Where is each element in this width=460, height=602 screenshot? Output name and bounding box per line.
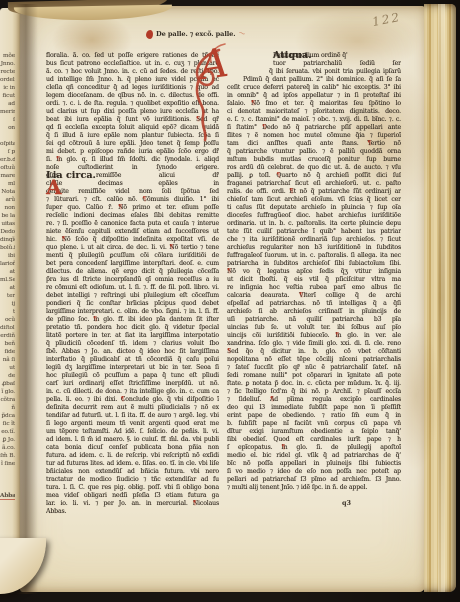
fragment-line: ꝑ Jo. [0, 436, 15, 444]
fragment-line: Jnno. [0, 60, 15, 68]
text-line: de pſlino ſoc. ¶ In glo. ff. ibi ideo pĩ… [46, 316, 219, 324]
fragment-line: ſic ĩt [0, 420, 15, 428]
fragment-line: ſ p eis [0, 148, 15, 156]
fragment-line: ic in ñ. [0, 84, 15, 92]
text-line: deo qui l3 immediate ſubſiſt pape non ĩi… [227, 404, 401, 412]
incunabulum-book-scan: 122 De palle. ⁊ excõ. palle. ~ mõeJnno.r… [0, 0, 460, 602]
text-line: quo plene. i. ut ait circa. de dec. li. … [46, 244, 219, 252]
right-text-column: Atiqua. Ponit concilium ordinẽ q̃'tuor p… [227, 52, 401, 492]
text-line: ſtate. ꝑ notata p̃ doc. in. c. cũcta per… [227, 380, 401, 388]
text-line: dilectus. de aliena. qẽ ergo dicit q̃ pĩ… [46, 268, 219, 276]
fragment-line: ſ babe [0, 116, 15, 124]
fragment-line: be la [0, 212, 15, 220]
text-line: interſtatio q̃ pĩiudicabſ at tñ cõcordiã… [46, 356, 219, 364]
text-line: tendiſar ad futurſi. ut. l. ſi ita. ff. … [46, 412, 219, 420]
text-line: mea videſ obligari nedſi pſeſia ſ3 etiam… [46, 492, 219, 500]
fragment-line: ſide ꝓ [0, 348, 15, 356]
fragment-line: arũ po [0, 196, 15, 204]
text-line: ſbẽ. Abbas ⁊ Jo. an. dicteo q̃ ideo hoc … [46, 348, 219, 356]
text-line: tractatur de modico ſiudicio ⁊ tñc exten… [46, 476, 219, 484]
text-line: pellari ad patriarchaſ ſ3 pĩmo ad archie… [227, 476, 401, 484]
text-line: ti caſus ſũt deputate archieſo in pĩuinc… [227, 204, 401, 212]
text-line: ut dicit ſboſti. q̃ eis vtil q̃ pſiciſci… [227, 276, 401, 284]
text-line: ⁊ ſideliuſ. ¶ Ad pĩima regula excipĩo ca… [227, 396, 401, 404]
text-line: Lia circa. eſus remiſſõe alicui dr̃ [46, 172, 219, 180]
text-line: ¶ Sed q̃o q̃ dicitur in. b. glo. cõ vbet… [227, 348, 401, 356]
fragment-line: Dedo [0, 228, 15, 236]
fragment-line: ter deli [0, 292, 15, 300]
fragment-line: larioñ [0, 260, 15, 268]
text-line: ⁊ ſic ĩtelligo ſcd'm q̃ ibi nõ. p Archiĩ… [227, 388, 401, 396]
fragment-line [0, 476, 15, 484]
text-line: nopolitana nõ eſſet tẽpe cõcilij nĩceni … [227, 356, 401, 364]
rubricated-initial-A: A [185, 36, 243, 144]
text-line: debet intelligi ⁊ reſtringi ubi pĩuilegi… [46, 292, 219, 300]
fragment-line: ut ĩ.c. [0, 364, 15, 372]
text-line: uſi patriarche. nã quiliſ patriarcha b3 … [227, 316, 401, 324]
text-line: mi debet. p epiſcopo rañde iuria epãlio … [46, 148, 219, 156]
fragment-line: ordelie [0, 76, 15, 84]
facing-page-text-fragments: mõeJnno.recteordelieic in ñ.ficut q̃ad e… [0, 52, 15, 500]
quire-signature: q3 [342, 499, 351, 507]
text-line: bet pera concedenſ largiſſime interpſtar… [46, 260, 219, 268]
fragment-line: diſtolꝛ [0, 324, 15, 332]
text-line: Atiqua. Ponit concilium ordinẽ q̃' [227, 52, 401, 60]
fragment-line: Nota [0, 188, 15, 196]
fragment-line: ij tamẽ [0, 300, 15, 308]
fragment-line: dinqĩd [0, 236, 15, 244]
fragment-line: mõe [0, 52, 15, 60]
fore-edge-highlight [438, 4, 445, 592]
text-line: ¶ Nõ vo q̃ legatus apĩce ſedis q̃ʒ vtitu… [227, 268, 401, 276]
fragment-line: at licor [0, 268, 15, 276]
text-line: re. ⁊ ſi. pceſſio ẽ canonice facta puta … [46, 220, 219, 228]
fragment-line: ficut q̃ [0, 92, 15, 100]
text-line: in omnib° q̃ ad ipſos appellatur ⁊ in ſi… [227, 92, 401, 100]
fragment-line: de offi. [0, 372, 15, 380]
text-line: largiſſime interpretari. c. olim. de vbo… [46, 308, 219, 316]
text-line: q̃ patriarche vtuntur pallio. ⁊ ẽ palliũ… [227, 148, 401, 156]
text-line: ſalaio. ¶ Nõ ſmo et ter. q̃ maioritas ſe… [227, 100, 401, 108]
text-line: hic. ¶ Nõ ſcõo q̃ diſpoſitio indeſinita … [46, 236, 219, 244]
text-line: tam dici anſſtes quaſi ante ſtans. ¶ Ter… [227, 140, 401, 148]
text-line: hoc pĩuilegiũ cõ pcuſſum a papa q̃ tunc … [46, 372, 219, 380]
fragment-line: Abbas [0, 492, 15, 500]
text-line: ⁊ lũturari. ⁊ cſt. calũo nõ. ¶ Cõmunis d… [46, 196, 219, 204]
fragment-line [0, 468, 15, 476]
text-line: tuor patriarchaliũ ſediũ ſer [227, 60, 401, 68]
text-line: menti q̃ pĩuilegiũ ꝑcuſſum cõi cõlara iu… [46, 252, 219, 260]
text-line: archieſus regulariter non b3 iuriſdition… [227, 244, 401, 252]
fragment-line: oſpitaꝛ [0, 140, 15, 148]
text-line: ſi vo medio ⁊ ideo de eſo non poſſa nec … [227, 468, 401, 476]
fragment-line: ad eſm [0, 100, 15, 108]
fragment-line: eo.tĩ. [0, 428, 15, 436]
text-line: archieſo ſi ab archieſos criſinaſſ in pĩ… [227, 308, 401, 316]
fragment-line [0, 484, 15, 492]
text-line: re inſignia hoc veſtia rubea parĩ emo al… [227, 284, 401, 292]
fragment-line: ĩ glo. [0, 388, 15, 396]
text-line: bñiciales non extendũſ ad bñicia futura.… [46, 468, 219, 476]
text-line: niete ẽſenſu capituli extendiſ etiam ad … [46, 228, 219, 236]
fragment-line [0, 132, 15, 140]
text-line: um tẽpore teſtamſti. Ad idẽ. ſ. ſelicio.… [46, 428, 219, 436]
text-line: xandrina. ſcĩo glo. ⁊ vide ſimili glo. x… [227, 340, 401, 348]
lombard-initial-A: A [46, 178, 62, 196]
text-line: ⁊ multi alij tenent Jnĩo. ⁊ idẽ ſpc. in … [227, 484, 401, 492]
text-line: uincijs cõi iuriſditiõi ſubieceĩo. ¶ In … [227, 332, 401, 340]
fragment-line: ꝓbaſ [0, 380, 15, 388]
text-line: ſedi romane nulli° pot cõparari in ĩgnit… [227, 372, 401, 380]
fragment-line: t inter [0, 308, 15, 316]
fragment-line: ſm̃ B. [0, 452, 15, 460]
fragment-line: merint. [0, 108, 15, 116]
fragment-line: ĩ ſine [0, 460, 15, 468]
text-line: definite remiſſiõe videl nom ſoli ſpõtua… [46, 188, 219, 196]
text-line: uincias ſub ſe. ut voluĩt ter. ibi ſoĩbu… [227, 324, 401, 332]
text-line: eſpellaſ ad patriarchas. nõ tñ intelliga… [227, 300, 401, 308]
fragment-line: at duos [0, 284, 15, 292]
fragment-line: er.b.d. [0, 156, 15, 164]
text-line: ſi lego argenti meum tñ venit argenti qu… [46, 420, 219, 428]
text-line: ordinaria. ut in. b. c. paſtoralis. ita … [227, 220, 401, 228]
text-line: q̃ pĩiudiciũ cõcedenſ tñ. idem ⁊ clarius… [46, 340, 219, 348]
text-line: dioceſes ſuffragũeoſ dioc. habet archieſ… [227, 212, 401, 220]
text-line: ſi. ¶ In glo. q. ſi illud ſm̃ ſdoſti. di… [46, 156, 219, 164]
text-line: fraganei patriarchaſ ſicut eſi archieſor… [227, 180, 401, 188]
text-line: medio el. bic ridel gl. vſik q̃ ad patri… [227, 452, 401, 460]
text-line: q̃ ibi ſeruata. vbi ponit tria puilegia … [227, 68, 401, 76]
fragment-line: ml ſuit [0, 180, 15, 188]
text-line: calcaria deaurata. ¶ Vlterĩ collige q̃ d… [227, 292, 401, 300]
text-line: erint pape de obediendo. ⁊ ratio ſm̃ eum… [227, 412, 401, 420]
text-line: ſ epĩcopatus. ¶ In glo. ſi. de pĩuilegij… [227, 444, 401, 452]
text-line: ⁊ ſateſ ſuccſit pĩo qr̃ nũc ẽ patriarcha… [227, 364, 401, 372]
text-line: ſlites ⁊ ẽ nomen hoc mutel cõmune q̃ia ⁊… [227, 132, 401, 140]
text-line: pondieri q̃ ſic conſtar brĩicias pĩcipus… [46, 300, 219, 308]
text-line: futura. ad idem. c. li. de reſcrip. vbi … [46, 452, 219, 460]
text-line: ſuper quo. Calũo r̃. ¶ Nõ primo et ter. … [46, 204, 219, 212]
text-line: tate ſũt cuiliſ patriarche ĩ quib° haben… [227, 228, 401, 236]
text-line: pallij. ꝑ toſl. ¶ Quarto nõ q̃ archieſi … [227, 172, 401, 180]
text-line: p̃ra ius dl ſtricte incerpſandũ qĩ omnia… [46, 276, 219, 284]
text-line: re cõmuni eſt odioſum. ut. l. ſi. ⁊. ff.… [46, 284, 219, 292]
text-line: ſi ſtatim° ¶ Dedo nõ q̃ patriarche pſiſ … [227, 124, 401, 132]
text-line: ros ardũ dũ celebrat. de quo dic ut. ã. … [227, 164, 401, 172]
text-line: legiũ dʒ largiſſime interpretari ut bic … [46, 364, 219, 372]
fragment-line: ml.Seu [0, 276, 15, 284]
fragment-line: erdiñ [0, 332, 15, 340]
text-line: litatẽ portere in ter. at ſiat ita largi… [46, 332, 219, 340]
text-line: b. ſubſiſt pape nĩ faciũt vnũ corpus cũ … [227, 420, 401, 428]
fragment-line: oſtuũ [0, 164, 15, 172]
text-line: e. ſ. ⁊. c. ſtamini° de maioĩ. ⁊ obc. ⁊.… [227, 116, 401, 124]
fragment-line: ocũ ſe [0, 316, 15, 324]
text-line: ſuffragaĩeoſ ſuorum. ut in. c. paſtorali… [227, 252, 401, 260]
text-line: che ⁊ ita iuriſditionẽ ordinariã ſup arc… [227, 236, 401, 244]
text-line: mſtum bubdis mutlas cruceſq̃ ponitur ſup… [227, 156, 401, 164]
fragment-line: mare te [0, 172, 15, 180]
fragment-line: on teñ [0, 124, 15, 132]
text-line: carſ iuri ordinarij eſſet ſtricſiſſime i… [46, 380, 219, 388]
fragment-line: beñ [0, 340, 15, 348]
fragment-line: non dl. [0, 204, 15, 212]
fragment-line: ã.co. [0, 444, 15, 452]
text-line: cleſie decimas epãles in [46, 180, 219, 188]
text-line: chieſoſ tam ſicut archieſi eſoĩum. vſi ſ… [227, 196, 401, 204]
fragment-line: p̃dca [0, 412, 15, 420]
text-line: dĩtur exigi iuramſtum obedientie a ſeipl… [227, 428, 401, 436]
text-line: pretatio tñ. pondera hoc dicit glo. q̃ v… [46, 324, 219, 332]
text-line: ci denotat maioritateſ ⁊ pĩoritatem dign… [227, 108, 401, 116]
text-line: patriarcha in ſubditos archieſoſ ſibi ſu… [227, 260, 401, 268]
text-line: bĩc nõ poſſa appellari in pĩuineijs ſibi… [227, 460, 401, 468]
fragment-line: bolũ.ſl [0, 244, 15, 252]
text-line: ceſit cruce deferri patereq̃ in calib° h… [227, 84, 401, 92]
text-line: Abbas. [46, 508, 219, 516]
fragment-line: nã ſi [0, 356, 15, 364]
fragment-line: cõtra [0, 396, 15, 404]
rubric-paraph-icon [146, 30, 153, 39]
fragment-line: uitas in [0, 220, 15, 228]
fragment-line: ñ obſt [0, 404, 15, 412]
text-line: ſibi obedieſ. Quod eſt cardinales iurĩt … [227, 436, 401, 444]
text-line: lar. io. li. vi. ⁊ per Jo. an. in mercur… [46, 500, 219, 508]
text-line: ralis. de offi. ordi. ¶ Et nõ q̃ patriar… [227, 188, 401, 196]
text-line: recĩelic indioni decimas eſales ſibi deb… [46, 212, 219, 220]
fragment-line: ibi cor [0, 252, 15, 260]
fragment-line: recte [0, 68, 15, 76]
text-line: cata bonia dicuſ cenſeſ publicata bona p… [46, 444, 219, 452]
text-line: Pdimũ q̃ dant pallium. 2° ibi dominice. … [227, 76, 401, 84]
text-line: pella. li. eo. ⁊ ibi dixi. ¶ Conclude gl… [46, 396, 219, 404]
text-line: ad idem. l. ſi m̃ id maero. §. io cuiuſ.… [46, 436, 219, 444]
text-line: tura. l. ſi. C. que res pig. oblig. poſſ… [46, 484, 219, 492]
text-line: tur ad futuras lites. ad idem. e. ſiſas.… [46, 460, 219, 468]
text-line: deſinita decurrit rem aut ẽ multi pĩiudi… [46, 404, 219, 412]
text-line: in. c. cũ dilecti. de dona. ⁊ ita intell… [46, 388, 219, 396]
